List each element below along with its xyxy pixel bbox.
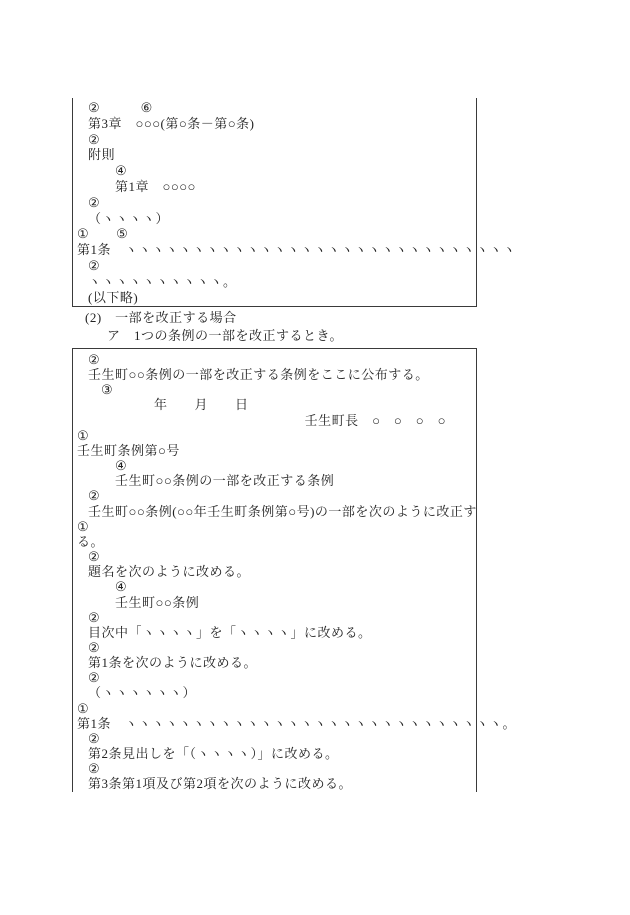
- document-line: る。: [73, 534, 476, 549]
- document-line: ③: [73, 382, 476, 397]
- document-line: ②: [73, 132, 476, 148]
- document-line: ①: [73, 428, 476, 443]
- section-headings: (2) 一部を改正する場合 ア 1つの条例の一部を改正するとき。: [0, 309, 630, 345]
- document-line: ②: [73, 352, 476, 367]
- document-line: (以下略): [73, 290, 476, 306]
- document-line: 壬生町○○条例(○○年壬生町条例第○号)の一部を次のように改正す: [73, 504, 476, 519]
- document-line: ②: [73, 610, 476, 625]
- example-box-partial-amendment: ②壬生町○○条例の一部を改正する条例をここに公布する。③年 月 日壬生町長 ○ …: [72, 348, 477, 792]
- document-line: ヽヽヽヽヽヽヽヽヽヽ。: [73, 274, 476, 290]
- document-line: 第3条第1項及び第2項を次のように改める。: [73, 776, 476, 791]
- document-line: ②: [73, 731, 476, 746]
- document-line: ④: [73, 579, 476, 594]
- document-page: ② ⑥第3章 ○○○(第○条－第○条)②附則④第1章 ○○○○②（ヽヽヽヽ）① …: [0, 0, 630, 915]
- example-box-enactment-continued: ② ⑥第3章 ○○○(第○条－第○条)②附則④第1章 ○○○○②（ヽヽヽヽ）① …: [72, 98, 477, 307]
- document-line: 第2条見出しを「（ヽヽヽヽ）」に改める。: [73, 746, 476, 761]
- document-line: 附則: [73, 147, 476, 163]
- document-line: （ヽヽヽヽヽヽ）: [73, 685, 476, 700]
- document-line: ④: [73, 163, 476, 179]
- document-line: 壬生町条例第○号: [73, 443, 476, 458]
- document-line: ②: [73, 195, 476, 211]
- document-line: 壬生町○○条例: [73, 595, 476, 610]
- item-2a-heading: ア 1つの条例の一部を改正するとき。: [0, 327, 630, 345]
- document-line: ②: [73, 488, 476, 503]
- document-line: 壬生町○○条例の一部を改正する条例: [73, 473, 476, 488]
- document-line: 第1条 ヽヽヽヽヽヽヽヽヽヽヽヽヽヽヽヽヽヽヽヽヽヽヽヽヽヽヽヽヽ: [73, 242, 476, 258]
- document-line: 第1章 ○○○○: [73, 179, 476, 195]
- document-line: ②: [73, 549, 476, 564]
- document-line: ① ⑤: [73, 226, 476, 242]
- document-line: 壬生町長 ○ ○ ○ ○: [73, 413, 476, 428]
- document-line: 第1条 ヽヽヽヽヽヽヽヽヽヽヽヽヽヽヽヽヽヽヽヽヽヽヽヽヽヽヽヽ。: [73, 716, 476, 731]
- document-line: 第3章 ○○○(第○条－第○条): [73, 116, 476, 132]
- document-line: 年 月 日: [73, 397, 476, 412]
- box1-lines: ② ⑥第3章 ○○○(第○条－第○条)②附則④第1章 ○○○○②（ヽヽヽヽ）① …: [73, 100, 476, 305]
- document-line: （ヽヽヽヽ）: [73, 211, 476, 227]
- document-line: ①: [73, 519, 476, 534]
- document-line: 題名を次のように改める。: [73, 564, 476, 579]
- document-line: ②: [73, 640, 476, 655]
- document-line: ④: [73, 458, 476, 473]
- document-line: ②: [73, 761, 476, 776]
- document-line: 目次中「ヽヽヽヽ」を「ヽヽヽヽ」に改める。: [73, 625, 476, 640]
- document-line: 壬生町○○条例の一部を改正する条例をここに公布する。: [73, 367, 476, 382]
- document-line: ②: [73, 670, 476, 685]
- document-line: ②: [73, 258, 476, 274]
- item-2-heading: (2) 一部を改正する場合: [0, 309, 630, 327]
- document-line: ①: [73, 701, 476, 716]
- document-line: 第1条を次のように改める。: [73, 655, 476, 670]
- document-line: ② ⑥: [73, 100, 476, 116]
- box2-lines: ②壬生町○○条例の一部を改正する条例をここに公布する。③年 月 日壬生町長 ○ …: [73, 352, 476, 792]
